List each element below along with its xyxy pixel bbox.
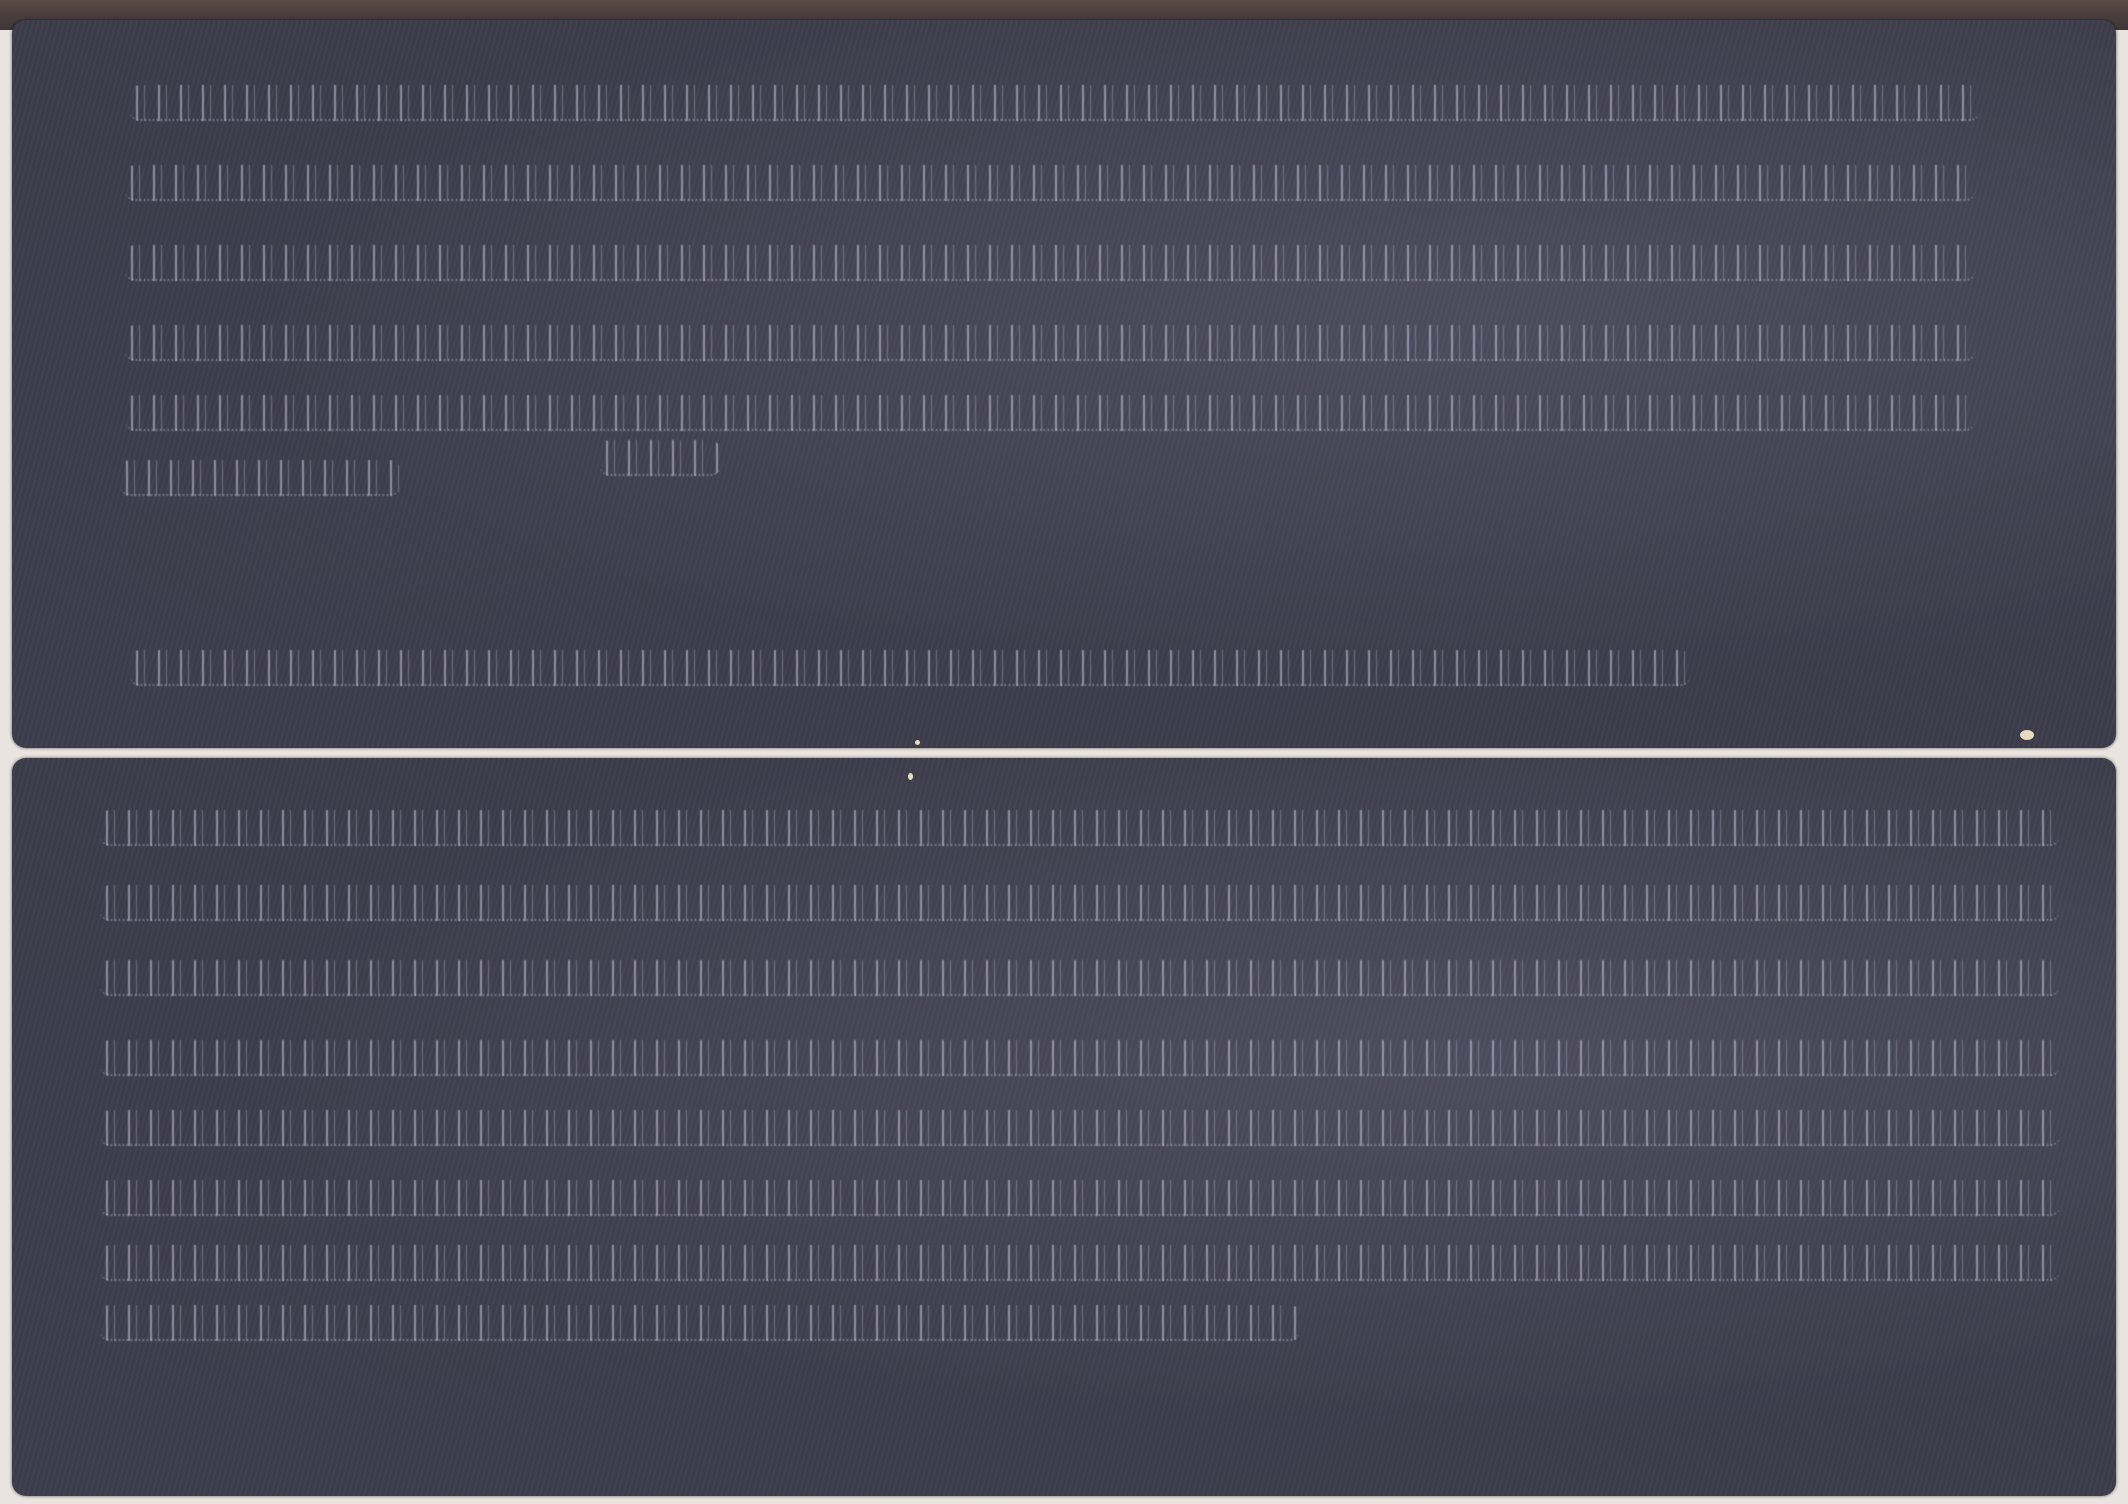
manuscript-panel-top [12, 20, 2116, 748]
script-line [125, 165, 1975, 201]
script-line [130, 650, 1690, 686]
paper-damage-spot [908, 773, 913, 780]
script-line [100, 1110, 2060, 1146]
paper-damage-spot [2020, 730, 2034, 740]
script-line [130, 85, 1980, 121]
script-line [100, 810, 2060, 846]
paper-damage-spot [915, 740, 920, 745]
script-line [100, 1305, 1300, 1341]
script-line [100, 1180, 2060, 1216]
script-line [100, 1040, 2060, 1076]
script-line [100, 1245, 2060, 1281]
script-line [125, 325, 1975, 361]
script-line [100, 885, 2060, 921]
script-line [100, 960, 2060, 996]
script-line [600, 440, 720, 476]
script-line [125, 245, 1975, 281]
script-line [120, 460, 400, 496]
script-line [125, 395, 1975, 431]
